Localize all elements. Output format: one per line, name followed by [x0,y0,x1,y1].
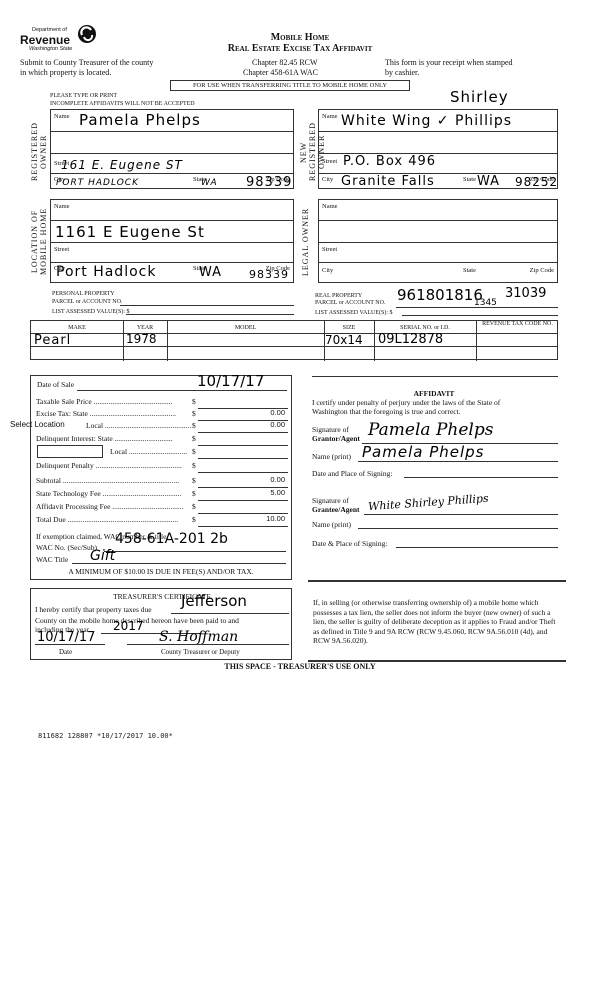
registered-owner-zip[interactable]: 98339 [246,175,292,190]
city-label: City [322,176,333,183]
col-make: MAKE [31,325,123,331]
legal-owner-label: LEGAL OWNER [301,200,317,284]
grantor-date-place-label: Date and Place of Signing: [312,469,392,478]
date-label: Date [59,648,72,656]
title-transfer-banner: FOR USE WHEN TRANSFERRING TITLE TO MOBIL… [170,80,410,91]
affidavit-title: AFFIDAVIT [310,389,558,398]
pp-parcel-label-1: PERSONAL PROPERTY [52,291,115,297]
fee-row-excise-local: Local ..................................… [86,421,288,433]
dor-logo: Department of Revenue Washington State [20,24,100,58]
form-title-2: Real Estate Excise Tax Affidavit [170,43,430,54]
chapter-rcw: Chapter 82.45 RCW [252,58,318,67]
cell-serial[interactable]: 09L12878 [378,332,443,347]
wac-no-value[interactable]: 458-61A-201 2b [115,531,228,547]
registered-owner-box: Name Pamela Phelps Street 161 E. Eugene … [50,109,294,189]
grantor-sig-label-2: Grantor/Agent [312,434,360,443]
cell-year[interactable]: 1978 [126,332,157,346]
fee-row-taxable-sale-price: Taxable Sale Price .....................… [36,397,288,409]
receipt-note-1: This form is your receipt when stamped [385,58,513,67]
submit-note-2: in which property is located. [20,68,111,77]
select-location-dropdown[interactable]: Select Location [10,420,65,429]
rp-parcel-extra-2: 31039 [505,286,546,301]
grantor-name-label: Name (print) [312,452,351,461]
col-size: SIZE [324,325,374,331]
zip-label: Zip Code [530,267,554,274]
wac-title-label: WAC Title [36,555,68,564]
col-revenue-code: REVENUE TAX CODE NO. [476,321,559,328]
grantor-sig-label-1: Signature of [312,425,349,434]
lien-notice: If, in selling (or otherwise transferrin… [313,598,557,646]
date-line [35,639,105,645]
treasurer-sig-label: County Treasurer or Deputy [161,648,240,656]
wac-no-label: WAC No. (Sec/Sub) [36,543,97,552]
fee-row-delinquent-interest-local: Local ...............................$ [110,447,288,459]
treasurer-use-only: THIS SPACE - TREASURER'S USE ONLY [180,662,420,671]
grantee-date-place-label: Date & Place of Signing: [312,539,387,548]
affidavit-bottom-rule [308,580,566,582]
name-label: Name [54,203,70,210]
fee-row-subtotal: Subtotal ...............................… [36,476,288,488]
registered-owner-label: REGISTEREDOWNER [30,112,52,192]
chapter-wac: Chapter 458-61A WAC [243,68,318,77]
pp-assessed-label: LIST ASSESSED VALUE(S): $ [52,309,130,315]
fee-row-affidavit-processing-fee: Affidavit Processing Fee ...............… [36,502,288,514]
location-state[interactable]: WA [199,265,222,280]
vehicle-table: MAKE YEAR MODEL SIZE SERIAL NO. or I.D. … [30,320,558,360]
treasurer-cert-line1: I hereby certify that property taxes due [35,605,152,614]
incomplete-note: INCOMPLETE AFFIDAVITS WILL NOT BE ACCEPT… [50,101,195,107]
grantor-name-print[interactable]: Pamela Phelps [362,443,485,461]
rp-parcel-label-1: REAL PROPERTY [315,293,362,299]
street-label: Street [322,246,337,253]
treasurer-cert-title: TREASURER'S CERTIFICATE [31,592,293,601]
date-of-sale-row: Date of Sale 10/17/17 [37,380,287,392]
new-owner-zip[interactable]: 98252 [515,175,558,189]
affidavit-top-rule [312,376,558,377]
logo-state: Washington State [29,46,72,52]
grantor-signature: Pamela Phelps [368,420,493,440]
registered-owner-name[interactable]: Pamela Phelps [79,111,201,129]
new-owner-city[interactable]: Granite Falls [341,174,435,189]
grantee-name-label: Name (print) [312,520,351,529]
col-year: YEAR [123,325,167,331]
registered-owner-city[interactable]: PORT HADLOCK [56,178,139,188]
new-owner-name[interactable]: White Wing ✓ Phillips [341,113,512,129]
name-annotation-shirley: Shirley [450,88,509,106]
cell-size[interactable]: 70x14 [325,333,363,347]
logo-revenue: Revenue [20,33,70,47]
form-title-1: Mobile Home [200,32,400,43]
date-of-sale-value[interactable]: 10/17/17 [197,372,264,390]
new-owner-state[interactable]: WA [477,174,500,189]
cell-make[interactable]: Pearl [34,333,71,348]
fee-row-excise-state: Excise Tax: State ......................… [36,409,288,421]
receipt-stamp: 811682 128807 *10/17/2017 10.00* [38,732,173,740]
grantee-date-place-line[interactable] [396,539,558,548]
submit-note-1: Submit to County Treasurer of the county [20,58,153,67]
registered-owner-street[interactable]: 161 E. Eugene ST [61,158,183,172]
minimum-due-note: A MINIMUM OF $10.00 IS DUE IN FEE(S) AND… [30,567,292,576]
grantee-sig-label-1: Signature of [312,496,349,505]
new-registered-owner-box: Name White Wing ✓ Phillips Street P.O. B… [318,109,558,189]
name-label: Name [322,203,338,210]
wac-title-value[interactable]: Gift [90,548,115,564]
rp-parcel-label-2: PARCEL or ACCOUNT NO. [315,300,385,306]
rp-parcel-extra-1: 1345 [474,298,497,308]
street-label: Street [54,246,69,253]
grantee-sig-label-2: Grantee/Agent [312,505,360,514]
fee-row-state-technology-fee: State Technology Fee ...................… [36,489,288,501]
rp-assessed-label: LIST ASSESSED VALUE(S): $ [315,310,393,316]
treasurer-county[interactable]: Jefferson [181,592,247,610]
location-address[interactable]: 1161 E Eugene St [55,223,205,241]
location-label: LOCATION OFMOBILE HOME [30,200,52,282]
state-label: State [463,176,476,183]
street-label: Street [322,158,337,165]
pp-assessed-line[interactable] [126,309,294,315]
legal-owner-box: Name Street City State Zip Code [318,199,558,283]
fee-row-total-due: Total Due ..............................… [36,515,288,527]
location-zip[interactable]: 98339 [249,268,289,281]
fee-row-delinquent-penalty: Delinquent Penalty .....................… [36,461,288,473]
location-city[interactable]: Port Hadlock [56,264,156,280]
treasurer-year[interactable]: 2017 [113,619,144,633]
new-owner-street[interactable]: P.O. Box 496 [343,154,436,169]
signature-line [127,639,289,645]
affidavit-statement-1: I certify under penalty of perjury under… [312,398,500,407]
dor-swirl-icon [77,24,97,44]
treasurer-certificate-box: TREASURER'S CERTIFICATE I hereby certify… [30,588,292,660]
grantor-date-place-line[interactable] [404,469,558,478]
pp-parcel-line[interactable] [120,300,294,306]
please-type-note: PLEASE TYPE OR PRINT [50,93,117,99]
name-label: Name [54,113,70,120]
delinquent-location-input[interactable] [37,445,103,458]
new-registered-owner-label: NEW REGISTEREDOWNER [299,112,319,192]
affidavit-statement-2: Washington that the foregoing is true an… [312,407,461,416]
location-box: Name 1161 E Eugene St Street City Port H… [50,199,294,283]
rp-parcel-number[interactable]: 961801816 [397,286,483,304]
grantee-name-line[interactable] [358,520,558,529]
rp-assessed-line[interactable] [402,310,558,316]
col-model: MODEL [167,325,324,331]
name-label: Name [322,113,338,120]
registered-owner-state[interactable]: WA [201,178,218,188]
col-serial: SERIAL NO. or I.D. [374,325,476,331]
pp-parcel-label-2: PARCEL or ACCOUNT NO. [52,299,122,305]
state-label: State [463,267,476,274]
city-label: City [322,267,333,274]
receipt-note-2: by cashier. [385,68,419,77]
